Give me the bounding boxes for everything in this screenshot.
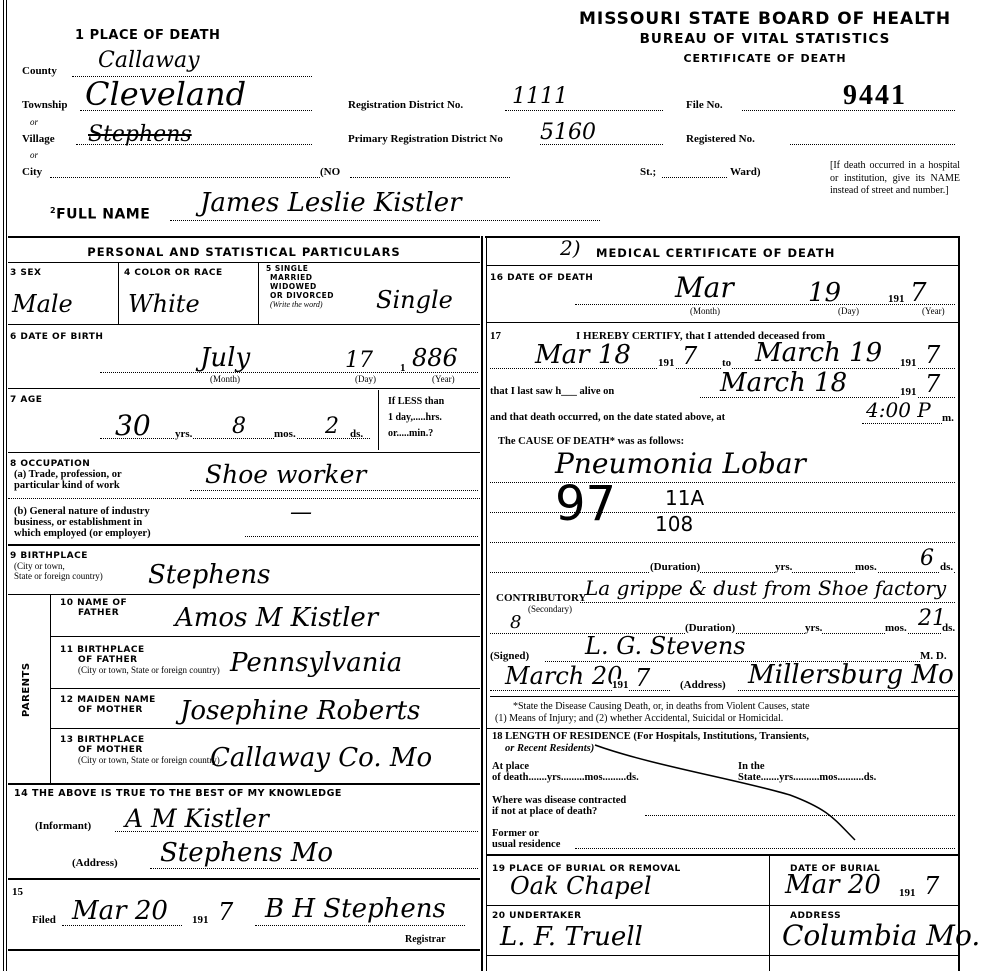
divider xyxy=(118,262,119,324)
secondary-label: (Secondary) xyxy=(528,604,572,614)
age-years: 30 xyxy=(115,412,151,440)
registration-district-line xyxy=(505,110,663,111)
parents-label: PARENTS xyxy=(22,650,32,730)
mother-bp-line: 13 BIRTHPLACE xyxy=(60,735,220,745)
address-line xyxy=(150,868,478,869)
race-label: 4 COLOR OR RACE xyxy=(124,268,223,278)
divider xyxy=(8,878,480,880)
dod-month: Mar xyxy=(675,274,734,302)
doctor-address-label: (Address) xyxy=(680,679,726,691)
county-value: Callaway xyxy=(98,50,200,72)
column-divider-inner xyxy=(486,236,487,971)
township-value: Cleveland xyxy=(85,78,246,110)
age-label: 7 AGE xyxy=(10,395,42,405)
marital-line: MARRIED xyxy=(270,273,334,282)
industry-value: — xyxy=(290,502,312,524)
divider xyxy=(378,390,379,450)
footnote: *State the Disease Causing Death, or, in… xyxy=(495,701,810,724)
cause-code: 11A xyxy=(665,486,704,510)
divider xyxy=(8,783,480,785)
age-months: 8 xyxy=(232,416,246,438)
signed-value: L. G. Stevens xyxy=(585,634,746,658)
cause-label: The CAUSE OF DEATH* was as follows: xyxy=(498,436,684,447)
dod-year-prefix: 191 xyxy=(888,293,905,305)
less-than-line: If LESS than xyxy=(388,394,444,410)
occupation-a-label: (a) Trade, profession, or particular kin… xyxy=(14,469,122,491)
or-text: or xyxy=(30,150,38,160)
divider xyxy=(487,322,959,323)
occupation-a-line: (a) Trade, profession, or xyxy=(14,469,122,480)
occupation-a-line: particular kind of work xyxy=(14,480,122,491)
undertaker-value: L. F. Truell xyxy=(500,924,643,950)
frame-top-left xyxy=(8,236,480,238)
former-line: Former or xyxy=(492,828,560,839)
left-border-inner xyxy=(6,0,7,971)
divider xyxy=(50,636,480,637)
divider xyxy=(50,728,480,729)
residence-label-2: or Recent Residents) xyxy=(505,743,594,754)
dod-day: 19 xyxy=(808,280,841,306)
race-value: White xyxy=(128,292,200,316)
mos-label: mos. xyxy=(885,622,907,634)
birthplace-label: 9 BIRTHPLACE (City or town, State or for… xyxy=(10,551,103,581)
mother-label-line: 12 MAIDEN NAME xyxy=(60,695,156,705)
divider xyxy=(8,388,480,389)
father-label-line: 10 NAME OF xyxy=(60,598,127,608)
full-name-line xyxy=(170,220,600,221)
village-label: Village xyxy=(22,133,55,145)
to-year-prefix: 191 xyxy=(900,357,917,369)
cause-value: Pneumonia Lobar xyxy=(555,450,806,478)
m-label: m. xyxy=(942,412,954,424)
occupation-label: 8 OCCUPATION xyxy=(10,459,90,469)
signed-date: March 20 xyxy=(505,664,622,688)
marital-label: 5 SINGLE MARRIED WIDOWED OR DIVORCED (Wr… xyxy=(266,264,334,309)
street-label: St.; xyxy=(640,166,656,178)
mother-bp-line: (City or town, State or foreign country) xyxy=(78,755,220,765)
place-of-death-label: 1 PLACE OF DEATH xyxy=(75,28,220,43)
mother-bp-line: OF MOTHER xyxy=(78,745,220,755)
registration-district-label: Registration District No. xyxy=(348,99,463,111)
duration-days: 6 xyxy=(920,548,934,570)
last-saw-label: that I last saw h___ alive on xyxy=(490,386,614,397)
former-line: usual residence xyxy=(492,839,560,850)
mother-birthplace-label: 13 BIRTHPLACE OF MOTHER (City or town, S… xyxy=(60,735,220,765)
occupation-line xyxy=(190,490,478,491)
divider xyxy=(487,728,959,729)
footnote-line: (1) Means of Injury; and (2) whether Acc… xyxy=(495,713,810,725)
filed-year-prefix: 191 xyxy=(192,914,209,926)
burial-year-prefix: 191 xyxy=(899,887,916,899)
sex-label: 3 SEX xyxy=(10,268,41,278)
less-than-line: 1 day,.....hrs. xyxy=(388,410,444,426)
divider xyxy=(487,854,959,856)
primary-district-label: Primary Registration District No xyxy=(348,133,503,145)
divider xyxy=(487,265,959,266)
ward-label: Ward) xyxy=(730,166,761,178)
marital-line: OR DIVORCED xyxy=(270,291,334,300)
father-birthplace-label: 11 BIRTHPLACE OF FATHER (City or town, S… xyxy=(60,645,220,675)
father-bp-line: (City or town, State or foreign country) xyxy=(78,665,220,675)
divider xyxy=(769,856,770,971)
ds-label: ds. xyxy=(350,428,363,440)
divider xyxy=(8,544,480,546)
day-caption: (Day) xyxy=(355,374,376,384)
mos-label: mos. xyxy=(855,561,877,573)
street-no-label: (NO xyxy=(320,166,340,178)
marital-line: (Write the word) xyxy=(270,300,334,309)
certificate-title: CERTIFICATE OF DEATH xyxy=(560,52,970,65)
filed-num: 15 xyxy=(12,886,23,898)
occupation-b-line: business, or establishment in xyxy=(14,517,151,528)
occupation-b-label: (b) General nature of industry business,… xyxy=(14,506,151,539)
board-title: MISSOURI STATE BOARD OF HEALTH xyxy=(560,9,970,29)
registrar-value: B H Stephens xyxy=(265,896,446,922)
mother-label-line: OF MOTHER xyxy=(78,705,156,715)
birthplace-line: 9 BIRTHPLACE xyxy=(10,551,103,561)
hospital-note: [If death occurred in a hospital or inst… xyxy=(830,160,960,198)
primary-district-value: 5160 xyxy=(540,122,596,144)
informant-label: (Informant) xyxy=(35,820,91,832)
last-saw-value: March 18 xyxy=(720,370,847,396)
dob-label: 6 DATE OF BIRTH xyxy=(10,332,103,342)
former-residence: Former or usual residence xyxy=(492,828,560,850)
birthplace-value: Stephens xyxy=(148,562,271,588)
burial-date: Mar 20 xyxy=(785,872,881,898)
divider xyxy=(487,905,959,906)
divider xyxy=(8,949,480,951)
marital-value: Single xyxy=(376,288,453,312)
occupation-b-line: (b) General nature of industry xyxy=(14,506,151,517)
dob-year-prefix: 1 xyxy=(400,362,406,374)
birthplace-line: State or foreign country) xyxy=(14,571,103,581)
registrar-line xyxy=(255,925,465,926)
signed-year: 7 xyxy=(635,666,650,690)
occupation-value: Shoe worker xyxy=(205,462,366,487)
or-text: or xyxy=(30,117,38,127)
time-value: 4:00 P xyxy=(866,400,931,420)
address-value: Stephens Mo xyxy=(160,840,333,866)
signed-label: (Signed) xyxy=(490,650,529,662)
file-no-label: File No. xyxy=(686,99,723,111)
divider xyxy=(258,262,259,324)
cause-code: 108 xyxy=(655,512,693,536)
ds-label: ds. xyxy=(940,561,953,573)
to-year: 7 xyxy=(925,343,940,367)
street-line xyxy=(350,177,510,178)
father-birthplace-value: Pennsylvania xyxy=(230,650,402,676)
dod-year: 7 xyxy=(910,280,927,306)
divider xyxy=(490,696,958,697)
divider xyxy=(8,452,480,453)
time-line xyxy=(862,423,942,424)
full-name-label: 2FULL NAME xyxy=(50,206,150,223)
right-border xyxy=(958,236,960,971)
contributory-line xyxy=(580,602,955,603)
dob-line xyxy=(100,372,478,373)
divider xyxy=(487,955,959,956)
last-saw-year: 7 xyxy=(925,372,940,396)
divider xyxy=(8,324,480,325)
attended-to: March 19 xyxy=(755,340,882,366)
occupation-b-line: which employed (or employer) xyxy=(14,528,151,539)
filed-year: 7 xyxy=(218,900,233,924)
divider xyxy=(8,594,480,595)
dob-day: 17 xyxy=(345,350,373,372)
father-bp-line: OF FATHER xyxy=(78,655,220,665)
mother-birthplace-value: Callaway Co. Mo xyxy=(210,745,432,771)
duration-label: (Duration) xyxy=(650,561,700,573)
marital-line: 5 SINGLE xyxy=(266,264,334,273)
industry-line xyxy=(245,536,478,537)
footnote-line: *State the Disease Causing Death, or, in… xyxy=(513,701,810,713)
mother-label: 12 MAIDEN NAME OF MOTHER xyxy=(60,695,156,715)
filed-label: Filed xyxy=(32,914,56,926)
mos-label: mos. xyxy=(274,428,296,440)
registration-district-value: 1111 xyxy=(512,86,568,108)
father-label: 10 NAME OF FATHER xyxy=(60,598,127,618)
year-caption: (Year) xyxy=(432,374,455,384)
personal-header: PERSONAL AND STATISTICAL PARTICULARS xyxy=(8,245,480,259)
contributory-label: CONTRIBUTORY xyxy=(496,592,586,604)
last-saw-year-prefix: 191 xyxy=(900,386,917,398)
informant-value: A M Kistler xyxy=(125,806,269,831)
header-mark: 2) xyxy=(560,238,581,258)
village-value: Stephens xyxy=(88,124,192,146)
divider xyxy=(50,594,51,784)
father-bp-line: 11 BIRTHPLACE xyxy=(60,645,220,655)
divider xyxy=(8,498,480,499)
registered-no-label: Registered No. xyxy=(686,133,755,145)
yrs-label: yrs. xyxy=(805,622,822,634)
divider xyxy=(8,262,480,263)
bureau-title: BUREAU OF VITAL STATISTICS xyxy=(560,31,970,47)
left-border xyxy=(3,0,4,971)
from-year: 7 xyxy=(682,344,697,368)
township-label: Township xyxy=(22,99,67,111)
dob-month: July xyxy=(200,345,250,371)
column-divider xyxy=(481,236,483,971)
cert-num: 17 xyxy=(490,330,501,342)
occurred-label: and that death occurred, on the date sta… xyxy=(490,412,725,423)
frame-top-right xyxy=(485,236,958,238)
dod-label: 16 DATE OF DEATH xyxy=(490,273,593,283)
birthplace-line: (City or town, xyxy=(14,561,103,571)
cause-line xyxy=(490,542,955,543)
doctor-address-value: Millersburg Mo xyxy=(748,662,954,688)
month-caption: (Month) xyxy=(690,306,720,316)
from-year-prefix: 191 xyxy=(658,357,675,369)
undertaker-address-value: Columbia Mo. xyxy=(782,922,980,950)
sex-value: Male xyxy=(12,292,73,316)
burial-year: 7 xyxy=(924,874,939,898)
father-label-line: FATHER xyxy=(78,608,127,618)
ds-label: ds. xyxy=(942,622,955,634)
city-label: City xyxy=(22,166,42,178)
contributory-value: La grippe & dust from Shoe factory xyxy=(585,578,946,598)
less-than-line: or.....min.? xyxy=(388,426,444,442)
year-caption: (Year) xyxy=(922,306,945,316)
duration-line xyxy=(490,572,955,573)
undertaker-label: 20 UNDERTAKER xyxy=(492,911,582,921)
county-label: County xyxy=(22,65,57,77)
mother-value: Josephine Roberts xyxy=(180,698,420,724)
doctor-address-line xyxy=(738,690,955,691)
father-value: Amos M Kistler xyxy=(175,605,378,631)
medical-header: MEDICAL CERTIFICATE OF DEATH xyxy=(596,246,835,260)
informant-header: 14 THE ABOVE IS TRUE TO THE BEST OF MY K… xyxy=(14,789,342,799)
address-label: (Address) xyxy=(72,857,118,869)
attended-from: Mar 18 xyxy=(535,342,631,368)
yrs-label: yrs. xyxy=(775,561,792,573)
cause-code: 97 xyxy=(555,480,616,528)
file-no-value: 9441 xyxy=(843,80,907,112)
age-days: 2 xyxy=(325,416,339,438)
ward-line xyxy=(662,177,727,178)
dob-year: 886 xyxy=(412,346,458,370)
registrar-label: Registrar xyxy=(405,934,446,945)
full-name-value: James Leslie Kistler xyxy=(200,190,462,216)
less-than-day: If LESS than 1 day,.....hrs. or.....min.… xyxy=(388,394,444,442)
marital-line: WIDOWED xyxy=(270,282,334,291)
registered-no-line xyxy=(790,144,955,145)
divider xyxy=(50,688,480,689)
signed-year-prefix: 191 xyxy=(612,679,629,691)
strike-line xyxy=(590,740,890,850)
burial-value: Oak Chapel xyxy=(510,874,652,898)
contributory-code: 8 xyxy=(510,614,521,632)
day-caption: (Day) xyxy=(838,306,859,316)
filed-date: Mar 20 xyxy=(72,898,168,924)
city-line xyxy=(50,177,320,178)
full-name-text: FULL NAME xyxy=(56,207,150,223)
yrs-label: yrs. xyxy=(175,428,192,440)
month-caption: (Month) xyxy=(210,374,240,384)
